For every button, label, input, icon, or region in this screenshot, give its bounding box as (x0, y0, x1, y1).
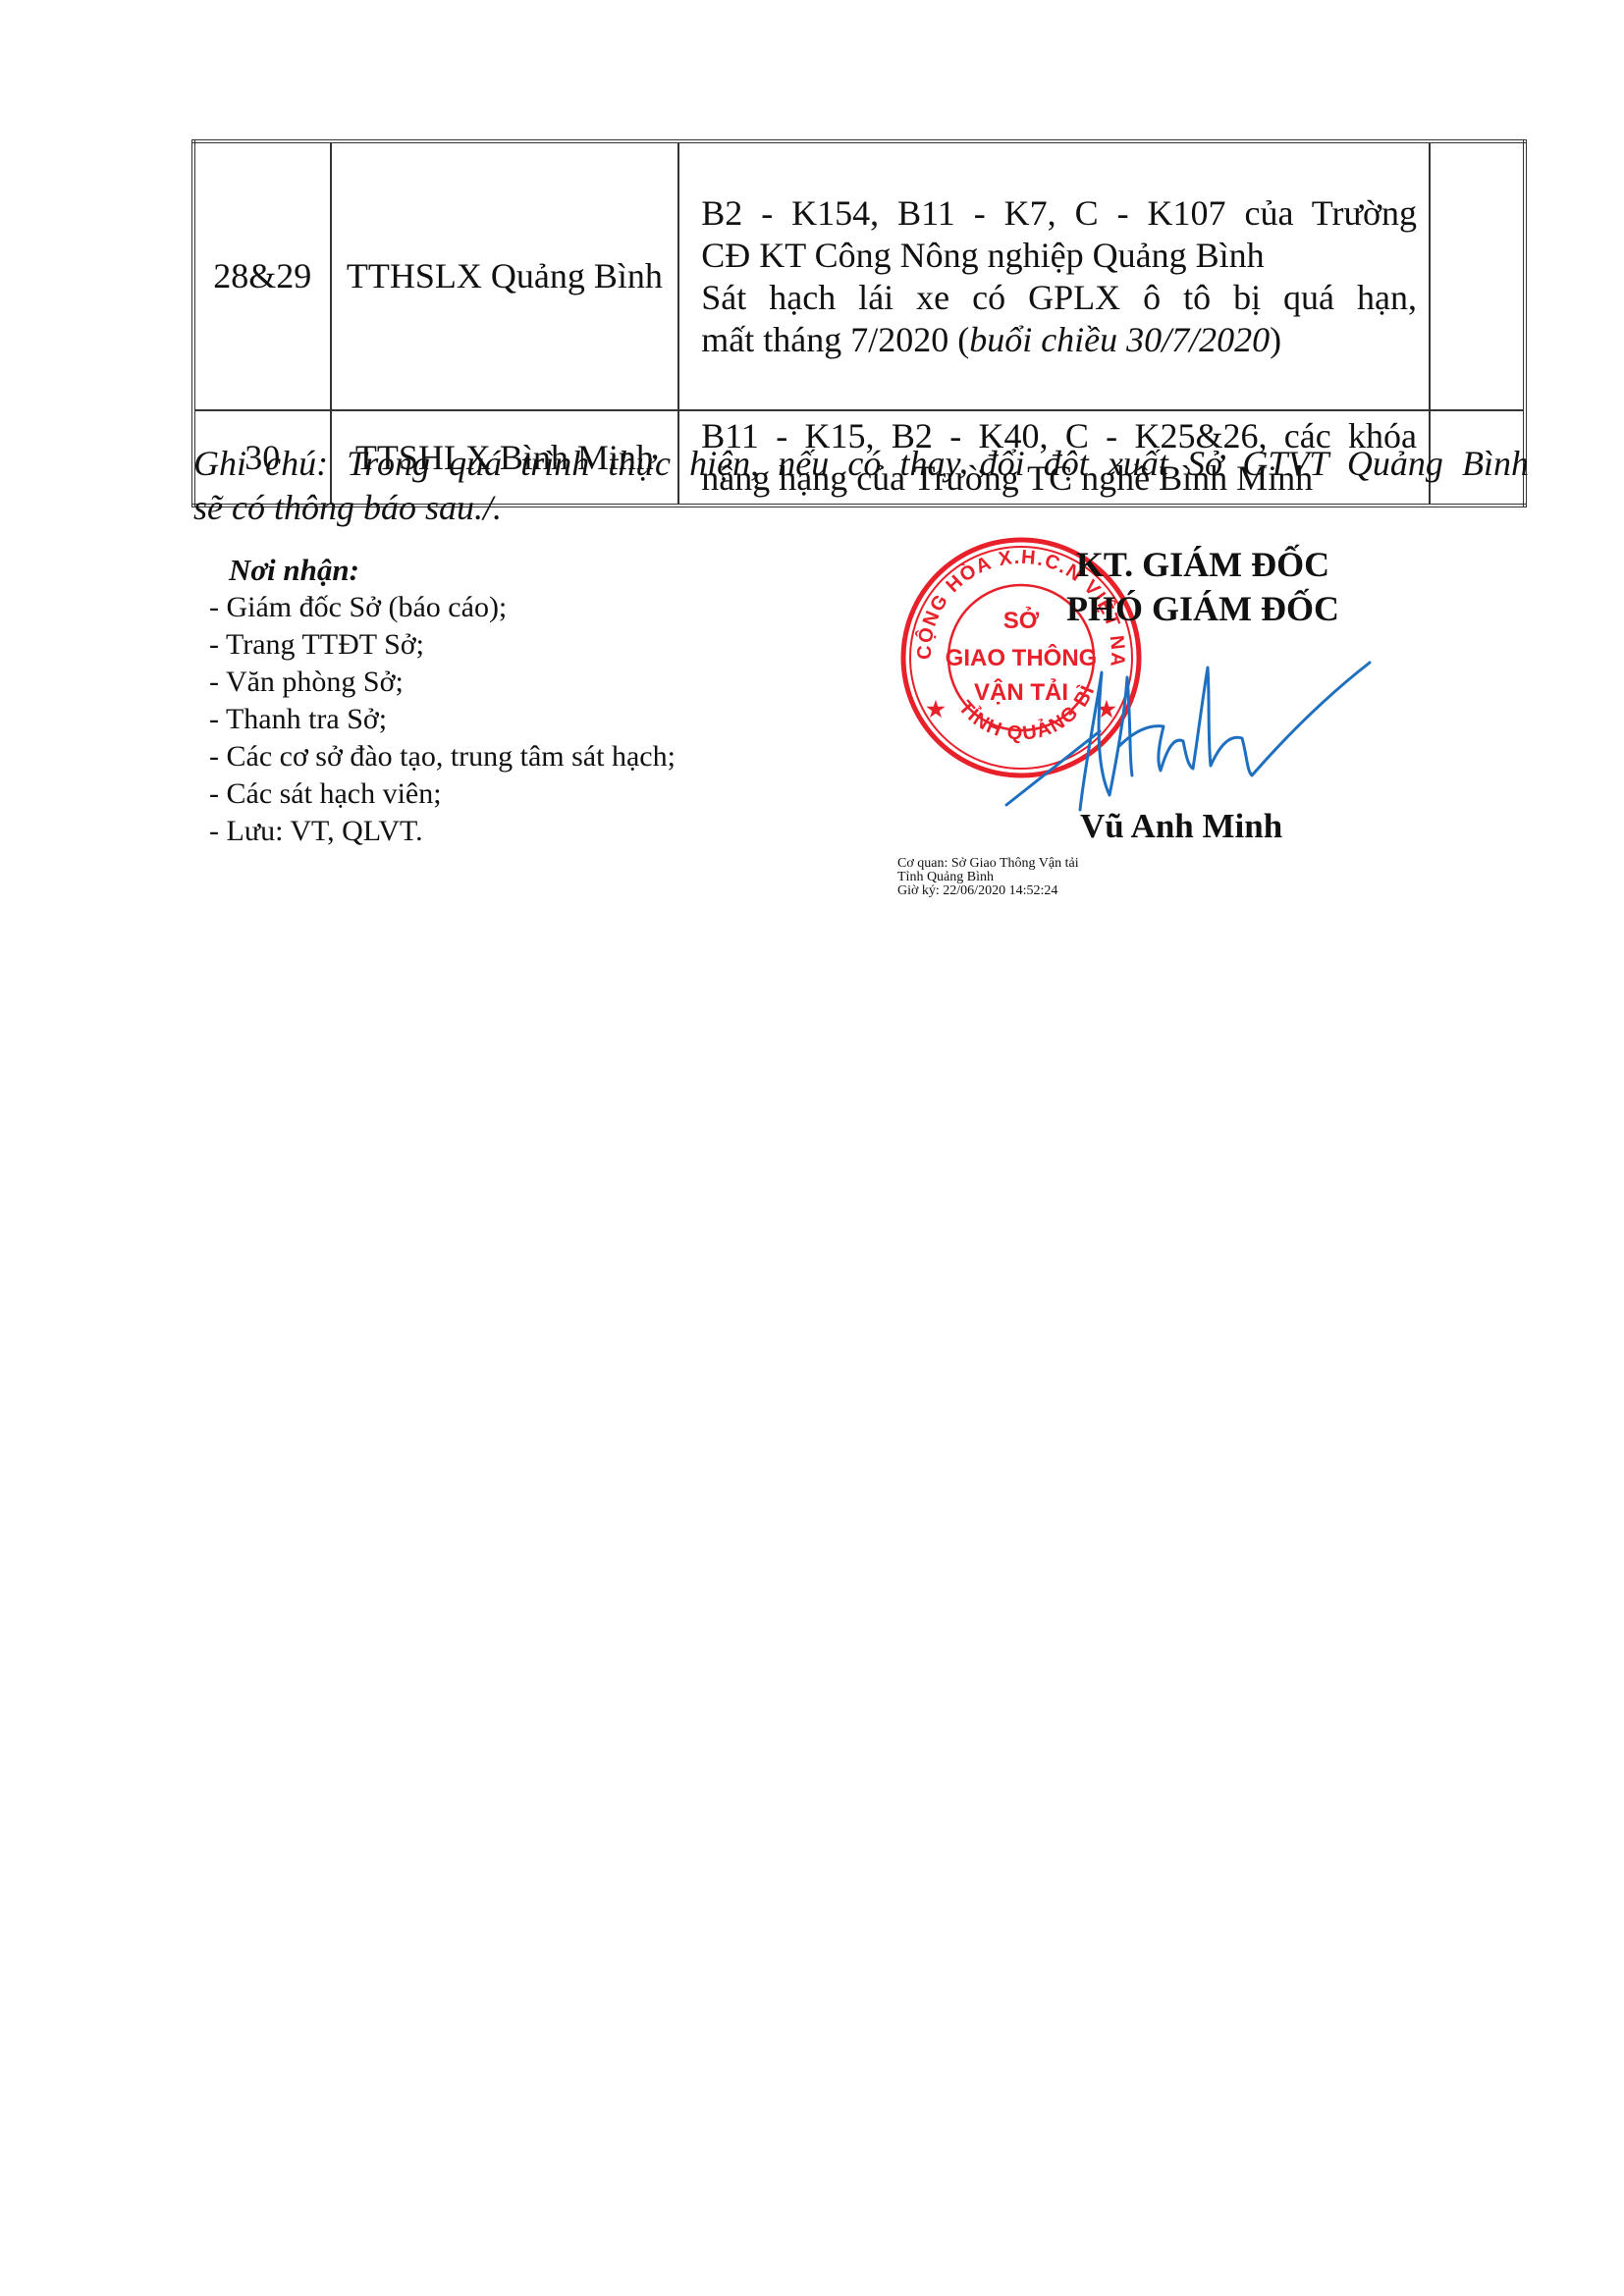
test-center: TTHSLX Quảng Bình (331, 141, 679, 410)
row-number: 28&29 (193, 141, 331, 410)
table-row: 28&29 TTHSLX Quảng Bình B2 - K154, B11 -… (193, 141, 1525, 410)
recipient-item: - Các cơ sở đào tạo, trung tâm sát hạch; (209, 738, 676, 775)
course-content: B2 - K154, B11 - K7, C - K107 của Trường… (678, 141, 1430, 410)
signing-agency: Cơ quan: Sở Giao Thông Vận tải (897, 857, 1079, 871)
recipients-title: Nơi nhận: (229, 552, 676, 589)
content-text: ) (1270, 320, 1281, 359)
recipients-list: Nơi nhận: - Giám đốc Sở (báo cáo); - Tra… (209, 552, 676, 850)
session-date: buổi chiều 30/7/2020 (969, 320, 1270, 359)
recipient-item: - Thanh tra Sở; (209, 701, 676, 738)
signing-time: Giờ ký: 22/06/2020 14:52:24 (897, 884, 1079, 898)
content-line: B2 - K154, B11 - K7, C - K107 của Trường (701, 192, 1417, 235)
signature-title: KT. GIÁM ĐỐC PHÓ GIÁM ĐỐC (1016, 543, 1389, 631)
footnote-line: sẽ có thông báo sau./. (193, 488, 502, 527)
svg-text:★: ★ (926, 697, 946, 721)
recipient-item: - Lưu: VT, QLVT. (209, 813, 676, 850)
title-line: PHÓ GIÁM ĐỐC (1016, 587, 1389, 631)
recipient-item: - Trang TTĐT Sở; (209, 626, 676, 664)
content-text: mất tháng 7/2020 ( (701, 320, 969, 359)
footnote-line: Ghi chú: Trong quá trình thực hiện, nếu … (193, 442, 1529, 486)
title-line: KT. GIÁM ĐỐC (1016, 543, 1389, 587)
content-line: Sát hạch lái xe có GPLX ô tô bị quá hạn, (701, 277, 1417, 319)
recipient-item: - Giám đốc Sở (báo cáo); (209, 589, 676, 626)
content-line: CĐ KT Công Nông nghiệp Quảng Bình (701, 235, 1417, 277)
digital-signature-info: Cơ quan: Sở Giao Thông Vận tải Tỉnh Quản… (897, 857, 1079, 898)
footnote: Ghi chú: Trong quá trình thực hiện, nếu … (193, 442, 1529, 530)
recipient-item: - Các sát hạch viên; (209, 775, 676, 813)
recipient-item: - Văn phòng Sở; (209, 664, 676, 701)
content-line: mất tháng 7/2020 (buổi chiều 30/7/2020) (701, 319, 1417, 361)
document-page: 28&29 TTHSLX Quảng Bình B2 - K154, B11 -… (0, 0, 1624, 2296)
row-note (1430, 141, 1525, 410)
handwritten-signature-icon (1001, 638, 1375, 815)
signing-province: Tỉnh Quảng Bình (897, 871, 1079, 884)
